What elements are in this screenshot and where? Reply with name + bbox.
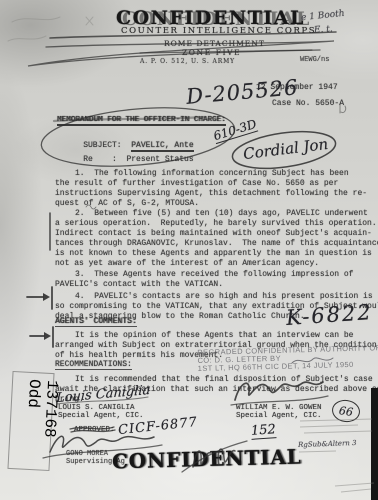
margin-stamp-box: 137168 Odd [7,371,54,471]
caniglia-title: Special Agent, CIC. [58,412,144,420]
handwritten-top-right-note: e 1 Booth [301,9,345,24]
pencil-scribble [8,36,46,41]
text-line: 2. Between five (5) and ten (10) days ag… [55,209,378,219]
scan-edge-artifact [371,388,378,500]
text-line: Indirect contact is being maintained wit… [55,229,378,239]
pencil-x-mark [86,17,93,25]
text-line: 4. PAVELIC's contacts are so high and hi… [55,292,378,302]
org-name: COUNTER INTELLIGENCE CORPS [121,26,316,36]
zone-line: ZONE FIVE [182,48,241,57]
text-line: is not known to these Agents and apparen… [55,249,378,259]
reference-initials: WEWG/ns [300,56,329,64]
handwritten-k-number: K-6822 [285,300,373,330]
supervisor-typed-name: GONO MOREA [66,450,108,458]
scanned-document-page: CONFIDENTIAL COUNTER INTELLIGENCE CORPS … [0,0,378,500]
text-line: not as yet aware of the interest of an A… [55,259,378,269]
paragraph-3: 3. These Agents have received the follow… [55,270,353,290]
text-line: the result of further investigation of C… [55,179,367,189]
text-line: instructions Supervising Agent, this det… [55,189,367,199]
text-line: quest of AC of S, G-2, MTOUSA. [55,199,367,209]
recommendations-heading: RECOMMENDATIONS: [55,360,132,370]
agents-comments-heading: AGENTS' COMMENTS: [55,317,137,327]
text-line: PAVELIC's contact with the VATICAN. [55,280,353,290]
text-line: 1. The following information concerning … [55,169,367,179]
circled-66-value: 66 [338,404,354,419]
faint-corner-marks [335,483,374,492]
handwritten-top-right-note: E. t. [314,24,333,35]
margin-stamp-text: 137168 Odd [20,379,61,471]
caniglia-typed-name: LOUIS S. CANIGLIA [58,404,135,412]
handwritten-page-number: 152 [250,422,276,440]
text-line: tances through DRAGANOVIC, Krunoslav. Th… [55,239,378,249]
apo-line: A. P. O. 512, U. S. ARMY [140,58,235,65]
pencil-scribble [12,17,60,22]
handwritten-bottom-right-note: RgSub&Altern 3 [298,439,357,449]
margin-arrow-head [43,293,50,301]
gowen-typed-name: WILLIAM E. W. GOWEN [236,404,322,412]
handwritten-circled-note: Cordial Jon [242,135,329,163]
re-value: Present Status [126,155,193,164]
paragraph-2: 2. Between five (5) and ten (10) days ag… [55,209,378,269]
paragraph-1: 1. The following information concerning … [55,169,367,209]
margin-arrow-head [44,332,51,340]
text-line: a serious operation. Reputedly, he barel… [55,219,378,229]
detachment-line: ROME DETACHMENT [164,39,265,48]
memo-line: MEMORANDUM FOR THE OFFICER-IN CHARGE: [57,116,226,126]
classification-stamp-bottom: CONFIDENTIAL [112,445,302,474]
text-line: It is recommended that the final disposi… [55,375,378,385]
approved-label: APPROVED: [74,426,115,434]
gowen-title: Special Agent, CIC. [236,412,322,420]
re-label: Re [83,155,93,164]
text-line: It is the opinion of these Agents that a… [55,331,377,341]
text-line: 3. These Agents have received the follow… [55,270,353,280]
